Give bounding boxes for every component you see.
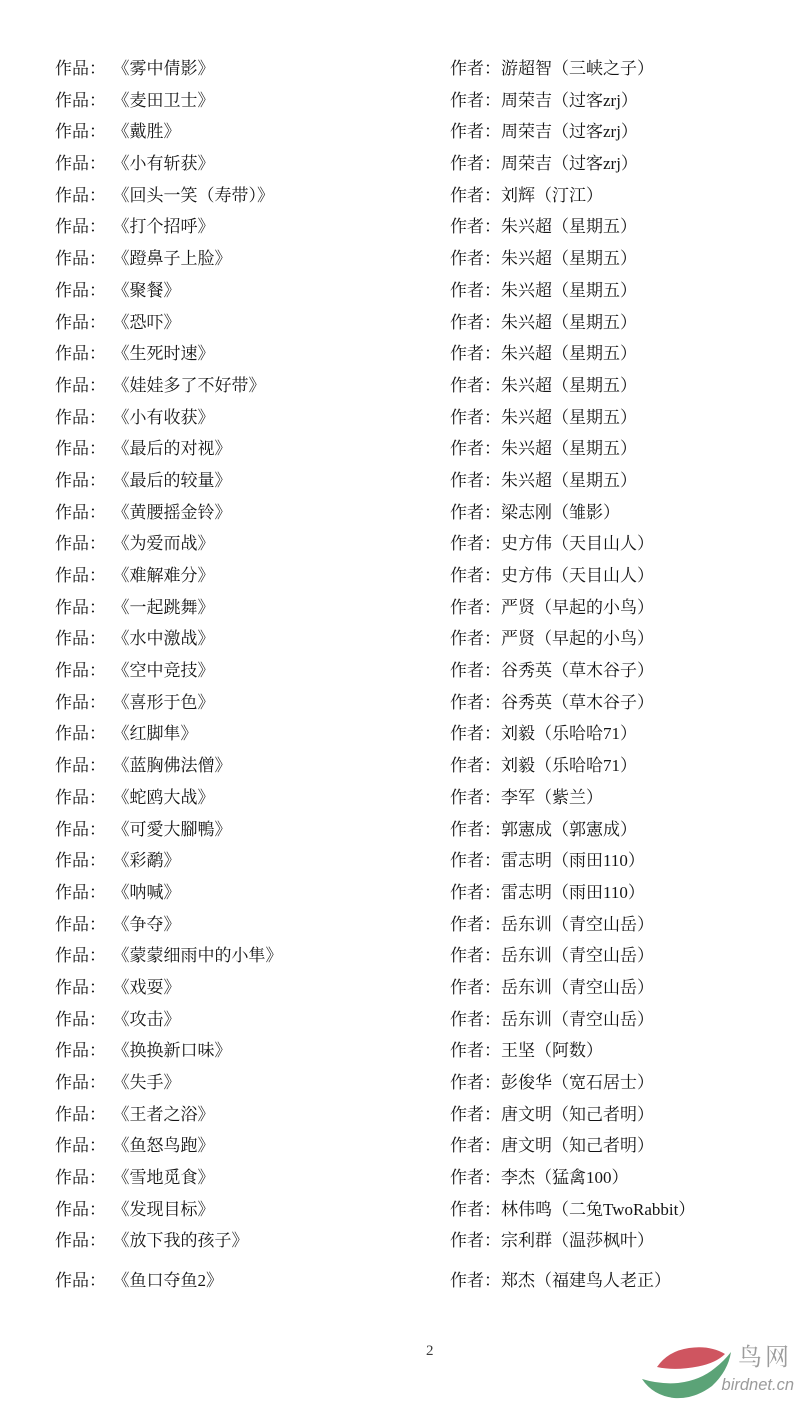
author-name: 朱兴超（星期五） xyxy=(501,376,637,395)
author-cell: 作者：严贤（早起的小鸟） xyxy=(450,592,800,624)
author-name: 刘毅（乐哈哈71） xyxy=(501,724,637,743)
entry-row: 作品：《攻击》 作者：岳东训（青空山岳） xyxy=(55,1004,800,1036)
work-title: 《小有斩获》 xyxy=(121,154,215,173)
author-name: 朱兴超（星期五） xyxy=(501,344,637,363)
work-title: 《蓝胸佛法僧》 xyxy=(121,756,232,775)
work-label: 作品： xyxy=(55,661,106,680)
author-name: 岳东训（青空山岳） xyxy=(501,978,654,997)
work-title: 《回头一笑（寿带）》 xyxy=(121,186,274,205)
entry-row: 作品：《小有斩获》 作者：周荣吉（过客zrj） xyxy=(55,148,800,180)
author-label: 作者： xyxy=(450,693,501,712)
entry-row: 作品：《小有收获》 作者：朱兴超（星期五） xyxy=(55,402,800,434)
author-name: 岳东训（青空山岳） xyxy=(501,915,654,934)
entry-row: 作品：《争夺》 作者：岳东训（青空山岳） xyxy=(55,909,800,941)
work-label: 作品： xyxy=(55,978,106,997)
author-label: 作者： xyxy=(450,1200,501,1219)
entry-row: 作品：《打个招呼》 作者：朱兴超（星期五） xyxy=(55,211,800,243)
entry-row: 作品：《恐吓》 作者：朱兴超（星期五） xyxy=(55,307,800,339)
work-label: 作品： xyxy=(55,1271,106,1290)
work-cell: 作品：《发现目标》 xyxy=(55,1194,450,1226)
author-label: 作者： xyxy=(450,376,501,395)
award-list: 作品：《雾中倩影》 作者：游超智（三峡之子） 作品：《麦田卫士》 作者：周荣吉（… xyxy=(55,53,800,1296)
work-title: 《麦田卫士》 xyxy=(121,91,215,110)
author-name: 史方伟（天目山人） xyxy=(501,534,654,553)
work-title: 《最后的对视》 xyxy=(121,439,232,458)
author-cell: 作者：刘辉（汀江） xyxy=(450,180,800,212)
author-label: 作者： xyxy=(450,439,501,458)
work-label: 作品： xyxy=(55,598,106,617)
work-title: 《彩鹬》 xyxy=(121,851,181,870)
author-label: 作者： xyxy=(450,724,501,743)
author-cell: 作者：朱兴超（星期五） xyxy=(450,275,800,307)
logo-site-domain: birdnet.cn xyxy=(722,1377,794,1394)
author-cell: 作者：周荣吉（过客zrj） xyxy=(450,148,800,180)
work-label: 作品： xyxy=(55,376,106,395)
work-cell: 作品：《放下我的孩子》 xyxy=(55,1225,450,1257)
author-name: 谷秀英（草木谷子） xyxy=(501,661,654,680)
entry-row: 作品：《雾中倩影》 作者：游超智（三峡之子） xyxy=(55,53,800,85)
author-cell: 作者：岳东训（青空山岳） xyxy=(450,1004,800,1036)
entry-row: 作品：《水中激战》 作者：严贤（早起的小鸟） xyxy=(55,623,800,655)
work-cell: 作品：《麦田卫士》 xyxy=(55,85,450,117)
author-label: 作者： xyxy=(450,1010,501,1029)
author-cell: 作者：刘毅（乐哈哈71） xyxy=(450,718,800,750)
work-cell: 作品：《空中竞技》 xyxy=(55,655,450,687)
author-label: 作者： xyxy=(450,217,501,236)
author-cell: 作者：彭俊华（宽石居士） xyxy=(450,1067,800,1099)
author-name: 李杰（猛禽100） xyxy=(501,1168,629,1187)
work-cell: 作品：《小有斩获》 xyxy=(55,148,450,180)
work-label: 作品： xyxy=(55,629,106,648)
author-cell: 作者：朱兴超（星期五） xyxy=(450,402,800,434)
work-label: 作品： xyxy=(55,1200,106,1219)
work-label: 作品： xyxy=(55,217,106,236)
author-cell: 作者：郑杰（福建鸟人老正） xyxy=(450,1265,800,1297)
entry-row: 作品：《生死时速》 作者：朱兴超（星期五） xyxy=(55,338,800,370)
work-title: 《换换新口味》 xyxy=(121,1041,232,1060)
author-name: 周荣吉（过客zrj） xyxy=(501,122,638,141)
author-cell: 作者：郭憲成（郭憲成） xyxy=(450,814,800,846)
work-label: 作品： xyxy=(55,946,106,965)
author-label: 作者： xyxy=(450,883,501,902)
work-title: 《蹬鼻子上脸》 xyxy=(121,249,232,268)
author-cell: 作者：朱兴超（星期五） xyxy=(450,433,800,465)
author-name: 朱兴超（星期五） xyxy=(501,217,637,236)
author-label: 作者： xyxy=(450,946,501,965)
author-cell: 作者：史方伟（天目山人） xyxy=(450,528,800,560)
author-label: 作者： xyxy=(450,503,501,522)
author-name: 刘毅（乐哈哈71） xyxy=(501,756,637,775)
work-title: 《为爱而战》 xyxy=(121,534,215,553)
author-label: 作者： xyxy=(450,59,501,78)
entry-row: 作品：《难解难分》 作者：史方伟（天目山人） xyxy=(55,560,800,592)
work-title: 《戏耍》 xyxy=(121,978,181,997)
author-name: 周荣吉（过客zrj） xyxy=(501,91,638,110)
work-title: 《生死时速》 xyxy=(121,344,215,363)
author-label: 作者： xyxy=(450,915,501,934)
work-label: 作品： xyxy=(55,1041,106,1060)
work-label: 作品： xyxy=(55,693,106,712)
author-label: 作者： xyxy=(450,313,501,332)
entry-row: 作品：《回头一笑（寿带）》 作者：刘辉（汀江） xyxy=(55,180,800,212)
entry-row: 作品：《空中竞技》 作者：谷秀英（草木谷子） xyxy=(55,655,800,687)
author-label: 作者： xyxy=(450,1136,501,1155)
author-name: 朱兴超（星期五） xyxy=(501,439,637,458)
work-cell: 作品：《生死时速》 xyxy=(55,338,450,370)
entry-row: 作品：《王者之浴》 作者：唐文明（知己者明） xyxy=(55,1099,800,1131)
entry-row: 作品：《雪地觅食》 作者：李杰（猛禽100） xyxy=(55,1162,800,1194)
author-label: 作者： xyxy=(450,344,501,363)
author-label: 作者： xyxy=(450,566,501,585)
author-cell: 作者：游超智（三峡之子） xyxy=(450,53,800,85)
work-label: 作品： xyxy=(55,1105,106,1124)
entry-row: 作品：《最后的较量》 作者：朱兴超（星期五） xyxy=(55,465,800,497)
author-cell: 作者：林伟鸣（二兔TwoRabbit） xyxy=(450,1194,800,1226)
work-title: 《难解难分》 xyxy=(121,566,215,585)
work-label: 作品： xyxy=(55,344,106,363)
author-cell: 作者：岳东训（青空山岳） xyxy=(450,972,800,1004)
work-label: 作品： xyxy=(55,313,106,332)
author-label: 作者： xyxy=(450,1041,501,1060)
work-title: 《鱼口夺鱼2》 xyxy=(121,1271,223,1290)
author-cell: 作者：谷秀英（草木谷子） xyxy=(450,687,800,719)
work-cell: 作品：《王者之浴》 xyxy=(55,1099,450,1131)
work-cell: 作品：《蛇鸥大战》 xyxy=(55,782,450,814)
work-title: 《蒙蒙细雨中的小隼》 xyxy=(121,946,283,965)
birdnet-logo: 鸟网 birdnet.cn xyxy=(640,1336,798,1406)
author-label: 作者： xyxy=(450,1073,501,1092)
work-title: 《聚餐》 xyxy=(121,281,181,300)
entry-row: 作品：《蓝胸佛法僧》 作者：刘毅（乐哈哈71） xyxy=(55,750,800,782)
author-name: 宗利群（温莎枫叶） xyxy=(501,1231,654,1250)
author-label: 作者： xyxy=(450,249,501,268)
work-label: 作品： xyxy=(55,756,106,775)
work-label: 作品： xyxy=(55,59,106,78)
entry-row: 作品：《红脚隼》 作者：刘毅（乐哈哈71） xyxy=(55,718,800,750)
author-label: 作者： xyxy=(450,471,501,490)
author-name: 朱兴超（星期五） xyxy=(501,408,637,427)
work-title: 《恐吓》 xyxy=(121,313,181,332)
work-cell: 作品：《戏耍》 xyxy=(55,972,450,1004)
work-title: 《放下我的孩子》 xyxy=(121,1231,249,1250)
work-cell: 作品：《蹬鼻子上脸》 xyxy=(55,243,450,275)
entry-row: 作品：《麦田卫士》 作者：周荣吉（过客zrj） xyxy=(55,85,800,117)
work-label: 作品： xyxy=(55,788,106,807)
author-cell: 作者：严贤（早起的小鸟） xyxy=(450,623,800,655)
work-title: 《打个招呼》 xyxy=(121,217,215,236)
entry-row: 作品：《最后的对视》 作者：朱兴超（星期五） xyxy=(55,433,800,465)
author-cell: 作者：朱兴超（星期五） xyxy=(450,211,800,243)
work-cell: 作品：《蓝胸佛法僧》 xyxy=(55,750,450,782)
author-cell: 作者：唐文明（知己者明） xyxy=(450,1130,800,1162)
author-cell: 作者：朱兴超（星期五） xyxy=(450,338,800,370)
author-cell: 作者：朱兴超（星期五） xyxy=(450,307,800,339)
author-cell: 作者：雷志明（雨田110） xyxy=(450,845,800,877)
author-name: 岳东训（青空山岳） xyxy=(501,946,654,965)
author-name: 谷秀英（草木谷子） xyxy=(501,693,654,712)
work-title: 《发现目标》 xyxy=(121,1200,215,1219)
work-label: 作品： xyxy=(55,1231,106,1250)
author-cell: 作者：朱兴超（星期五） xyxy=(450,370,800,402)
author-label: 作者： xyxy=(450,1105,501,1124)
author-cell: 作者：周荣吉（过客zrj） xyxy=(450,116,800,148)
entry-row: 作品：《戴胜》 作者：周荣吉（过客zrj） xyxy=(55,116,800,148)
work-cell: 作品：《换换新口味》 xyxy=(55,1035,450,1067)
work-cell: 作品：《呐喊》 xyxy=(55,877,450,909)
author-cell: 作者：朱兴超（星期五） xyxy=(450,465,800,497)
author-label: 作者： xyxy=(450,820,501,839)
work-title: 《蛇鸥大战》 xyxy=(121,788,215,807)
author-label: 作者： xyxy=(450,186,501,205)
work-label: 作品： xyxy=(55,122,106,141)
work-label: 作品： xyxy=(55,820,106,839)
work-cell: 作品：《鱼口夺鱼2》 xyxy=(55,1265,450,1297)
work-title: 《空中竞技》 xyxy=(121,661,215,680)
logo-site-name: 鸟网 xyxy=(738,1346,792,1370)
work-label: 作品： xyxy=(55,91,106,110)
author-name: 彭俊华（宽石居士） xyxy=(501,1073,654,1092)
work-cell: 作品：《鱼怒鸟跑》 xyxy=(55,1130,450,1162)
author-cell: 作者：岳东训（青空山岳） xyxy=(450,940,800,972)
author-name: 严贤（早起的小鸟） xyxy=(501,598,654,617)
entry-row: 作品：《娃娃多了不好带》 作者：朱兴超（星期五） xyxy=(55,370,800,402)
work-label: 作品： xyxy=(55,503,106,522)
author-name: 梁志刚（雏影） xyxy=(501,503,620,522)
entry-row: 作品：《呐喊》 作者：雷志明（雨田110） xyxy=(55,877,800,909)
work-title: 《喜形于色》 xyxy=(121,693,215,712)
author-name: 郭憲成（郭憲成） xyxy=(501,820,637,839)
work-title: 《黄腰摇金铃》 xyxy=(121,503,232,522)
author-label: 作者： xyxy=(450,154,501,173)
work-cell: 作品：《雪地觅食》 xyxy=(55,1162,450,1194)
work-label: 作品： xyxy=(55,851,106,870)
work-title: 《红脚隼》 xyxy=(121,724,198,743)
work-cell: 作品：《回头一笑（寿带）》 xyxy=(55,180,450,212)
logo-red-swoosh xyxy=(657,1347,725,1369)
author-name: 雷志明（雨田110） xyxy=(501,883,645,902)
entry-row: 作品：《可愛大腳鴨》 作者：郭憲成（郭憲成） xyxy=(55,814,800,846)
entry-row: 作品：《放下我的孩子》 作者：宗利群（温莎枫叶） xyxy=(55,1225,800,1257)
author-name: 史方伟（天目山人） xyxy=(501,566,654,585)
entry-row: 作品：《彩鹬》 作者：雷志明（雨田110） xyxy=(55,845,800,877)
author-label: 作者： xyxy=(450,534,501,553)
author-name: 朱兴超（星期五） xyxy=(501,313,637,332)
entry-row: 作品：《发现目标》 作者：林伟鸣（二兔TwoRabbit） xyxy=(55,1194,800,1226)
entry-row: 作品：《鱼怒鸟跑》 作者：唐文明（知己者明） xyxy=(55,1130,800,1162)
work-cell: 作品：《水中激战》 xyxy=(55,623,450,655)
work-label: 作品： xyxy=(55,566,106,585)
work-title: 《争夺》 xyxy=(121,915,181,934)
work-title: 《失手》 xyxy=(121,1073,181,1092)
author-name: 唐文明（知己者明） xyxy=(501,1105,654,1124)
author-label: 作者： xyxy=(450,281,501,300)
entry-row: 作品：《一起跳舞》 作者：严贤（早起的小鸟） xyxy=(55,592,800,624)
author-cell: 作者：周荣吉（过客zrj） xyxy=(450,85,800,117)
entry-row: 作品：《鱼口夺鱼2》 作者：郑杰（福建鸟人老正） xyxy=(55,1265,800,1297)
author-name: 岳东训（青空山岳） xyxy=(501,1010,654,1029)
work-title: 《一起跳舞》 xyxy=(121,598,215,617)
entry-row: 作品：《喜形于色》 作者：谷秀英（草木谷子） xyxy=(55,687,800,719)
author-label: 作者： xyxy=(450,1271,501,1290)
author-name: 朱兴超（星期五） xyxy=(501,249,637,268)
work-title: 《鱼怒鸟跑》 xyxy=(121,1136,215,1155)
author-cell: 作者：唐文明（知己者明） xyxy=(450,1099,800,1131)
author-label: 作者： xyxy=(450,629,501,648)
work-cell: 作品：《娃娃多了不好带》 xyxy=(55,370,450,402)
work-label: 作品： xyxy=(55,154,106,173)
work-cell: 作品：《聚餐》 xyxy=(55,275,450,307)
author-cell: 作者：朱兴超（星期五） xyxy=(450,243,800,275)
author-cell: 作者：雷志明（雨田110） xyxy=(450,877,800,909)
work-cell: 作品：《可愛大腳鴨》 xyxy=(55,814,450,846)
entry-row: 作品：《戏耍》 作者：岳东训（青空山岳） xyxy=(55,972,800,1004)
author-label: 作者： xyxy=(450,1231,501,1250)
author-cell: 作者：谷秀英（草木谷子） xyxy=(450,655,800,687)
work-cell: 作品：《失手》 xyxy=(55,1067,450,1099)
author-cell: 作者：刘毅（乐哈哈71） xyxy=(450,750,800,782)
author-cell: 作者：王坚（阿数） xyxy=(450,1035,800,1067)
work-cell: 作品：《打个招呼》 xyxy=(55,211,450,243)
author-name: 李军（紫兰） xyxy=(501,788,603,807)
author-name: 唐文明（知己者明） xyxy=(501,1136,654,1155)
work-title: 《水中激战》 xyxy=(121,629,215,648)
work-label: 作品： xyxy=(55,534,106,553)
author-label: 作者： xyxy=(450,978,501,997)
work-title: 《雾中倩影》 xyxy=(121,59,215,78)
author-cell: 作者：史方伟（天目山人） xyxy=(450,560,800,592)
work-label: 作品： xyxy=(55,471,106,490)
entry-row: 作品：《蒙蒙细雨中的小隼》 作者：岳东训（青空山岳） xyxy=(55,940,800,972)
work-label: 作品： xyxy=(55,1073,106,1092)
author-label: 作者： xyxy=(450,756,501,775)
entry-row: 作品：《黄腰摇金铃》 作者：梁志刚（雏影） xyxy=(55,497,800,529)
entry-row: 作品：《失手》 作者：彭俊华（宽石居士） xyxy=(55,1067,800,1099)
work-title: 《雪地觅食》 xyxy=(121,1168,215,1187)
work-label: 作品： xyxy=(55,883,106,902)
page-number: 2 xyxy=(426,1344,434,1359)
work-label: 作品： xyxy=(55,724,106,743)
work-cell: 作品：《最后的对视》 xyxy=(55,433,450,465)
work-cell: 作品：《恐吓》 xyxy=(55,307,450,339)
entry-row: 作品：《聚餐》 作者：朱兴超（星期五） xyxy=(55,275,800,307)
work-title: 《王者之浴》 xyxy=(121,1105,215,1124)
author-name: 游超智（三峡之子） xyxy=(501,59,654,78)
work-label: 作品： xyxy=(55,186,106,205)
author-label: 作者： xyxy=(450,122,501,141)
work-cell: 作品：《黄腰摇金铃》 xyxy=(55,497,450,529)
author-name: 林伟鸣（二兔TwoRabbit） xyxy=(501,1200,695,1219)
work-title: 《最后的较量》 xyxy=(121,471,232,490)
work-cell: 作品：《彩鹬》 xyxy=(55,845,450,877)
author-label: 作者： xyxy=(450,598,501,617)
author-name: 王坚（阿数） xyxy=(501,1041,603,1060)
work-label: 作品： xyxy=(55,1136,106,1155)
author-label: 作者： xyxy=(450,91,501,110)
work-cell: 作品：《难解难分》 xyxy=(55,560,450,592)
author-label: 作者： xyxy=(450,788,501,807)
entry-row: 作品：《为爱而战》 作者：史方伟（天目山人） xyxy=(55,528,800,560)
work-cell: 作品：《喜形于色》 xyxy=(55,687,450,719)
author-name: 周荣吉（过客zrj） xyxy=(501,154,638,173)
work-title: 《可愛大腳鴨》 xyxy=(121,820,232,839)
author-label: 作者： xyxy=(450,661,501,680)
work-title: 《戴胜》 xyxy=(121,122,181,141)
work-cell: 作品：《红脚隼》 xyxy=(55,718,450,750)
author-name: 刘辉（汀江） xyxy=(501,186,603,205)
work-cell: 作品：《争夺》 xyxy=(55,909,450,941)
work-cell: 作品：《小有收获》 xyxy=(55,402,450,434)
work-title: 《娃娃多了不好带》 xyxy=(121,376,266,395)
author-name: 严贤（早起的小鸟） xyxy=(501,629,654,648)
work-label: 作品： xyxy=(55,439,106,458)
work-cell: 作品：《攻击》 xyxy=(55,1004,450,1036)
author-name: 雷志明（雨田110） xyxy=(501,851,645,870)
work-cell: 作品：《最后的较量》 xyxy=(55,465,450,497)
work-label: 作品： xyxy=(55,408,106,427)
work-cell: 作品：《为爱而战》 xyxy=(55,528,450,560)
work-cell: 作品：《戴胜》 xyxy=(55,116,450,148)
work-label: 作品： xyxy=(55,1168,106,1187)
author-name: 郑杰（福建鸟人老正） xyxy=(501,1271,671,1290)
work-label: 作品： xyxy=(55,915,106,934)
work-label: 作品： xyxy=(55,249,106,268)
author-label: 作者： xyxy=(450,1168,501,1187)
entry-row: 作品：《蹬鼻子上脸》 作者：朱兴超（星期五） xyxy=(55,243,800,275)
author-cell: 作者：岳东训（青空山岳） xyxy=(450,909,800,941)
work-label: 作品： xyxy=(55,281,106,300)
entry-row: 作品：《蛇鸥大战》 作者：李军（紫兰） xyxy=(55,782,800,814)
work-cell: 作品：《一起跳舞》 xyxy=(55,592,450,624)
work-title: 《小有收获》 xyxy=(121,408,215,427)
work-cell: 作品：《雾中倩影》 xyxy=(55,53,450,85)
author-cell: 作者：李杰（猛禽100） xyxy=(450,1162,800,1194)
author-label: 作者： xyxy=(450,408,501,427)
work-cell: 作品：《蒙蒙细雨中的小隼》 xyxy=(55,940,450,972)
author-label: 作者： xyxy=(450,851,501,870)
author-cell: 作者：宗利群（温莎枫叶） xyxy=(450,1225,800,1257)
work-label: 作品： xyxy=(55,1010,106,1029)
work-title: 《呐喊》 xyxy=(121,883,181,902)
entry-row: 作品：《换换新口味》 作者：王坚（阿数） xyxy=(55,1035,800,1067)
author-name: 朱兴超（星期五） xyxy=(501,281,637,300)
author-cell: 作者：梁志刚（雏影） xyxy=(450,497,800,529)
author-cell: 作者：李军（紫兰） xyxy=(450,782,800,814)
author-name: 朱兴超（星期五） xyxy=(501,471,637,490)
work-title: 《攻击》 xyxy=(121,1010,181,1029)
